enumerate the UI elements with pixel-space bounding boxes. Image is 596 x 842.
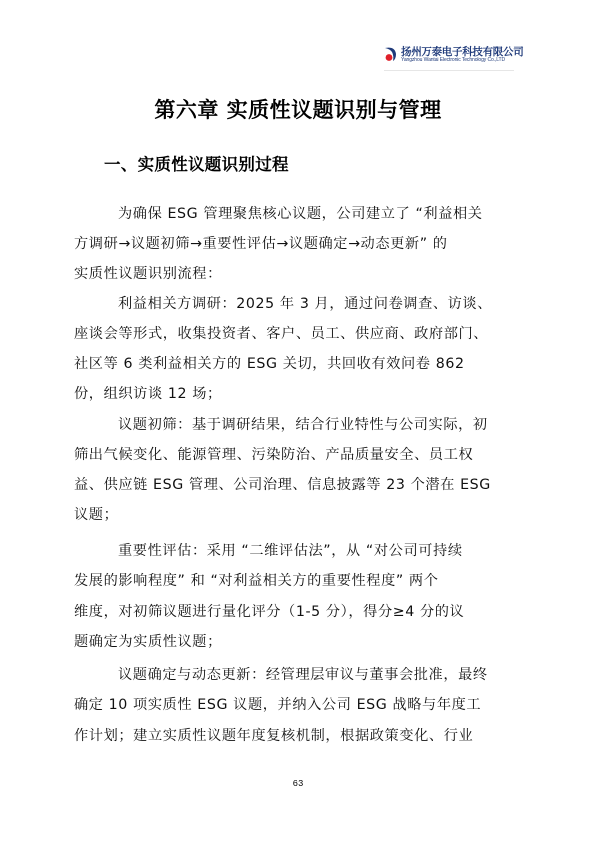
paragraph-line: 座谈会等形式，收集投资者、客户、员工、供应商、政府部门、	[74, 323, 488, 343]
paragraph-line: 确定 10 项实质性 ESG 议题，并纳入公司 ESG 战略与年度工	[74, 694, 481, 714]
paragraph-line: 议题初筛：基于调研结果，结合行业特性与公司实际，初	[118, 414, 488, 434]
page-header: 扬州万泰电子科技有限公司 Yangzhou Wantai Electronic …	[384, 44, 584, 68]
paragraph-line: 份，组织访谈 12 场；	[74, 383, 222, 403]
paragraph-line: 为确保 ESG 管理聚焦核心议题，公司建立了 “利益相关	[118, 203, 483, 223]
paragraph-line: 社区等 6 类利益相关方的 ESG 关切，共回收有效问卷 862	[74, 353, 465, 373]
paragraph-line: 议题；	[74, 504, 118, 524]
paragraph-line: 利益相关方调研：2025 年 3 月，通过问卷调查、访谈、	[118, 293, 492, 313]
company-name-en: Yangzhou Wantai Electronic Technology Co…	[401, 57, 505, 63]
chapter-title: 第六章 实质性议题识别与管理	[0, 94, 596, 124]
paragraph-line: 实质性议题识别流程：	[74, 263, 222, 283]
company-logo-icon	[384, 45, 398, 63]
paragraph-line: 作计划；建立实质性议题年度复核机制，根据政策变化、行业	[74, 725, 473, 745]
section-title: 一、实质性议题识别过程	[104, 151, 289, 175]
paragraph-line: 发展的影响程度” 和 “对利益相关方的重要性程度” 两个	[74, 570, 439, 590]
paragraph-line: 方调研→议题初筛→重要性评估→议题确定→动态更新” 的	[74, 233, 448, 253]
paragraph-line: 议题确定与动态更新：经管理层审议与董事会批准，最终	[118, 664, 488, 684]
paragraph-line: 维度，对初筛议题进行量化评分（1-5 分），得分≥4 分的议	[74, 601, 464, 621]
paragraph-line: 益、供应链 ESG 管理、公司治理、信息披露等 23 个潜在 ESG	[74, 474, 491, 494]
paragraph-line: 题确定为实质性议题；	[74, 631, 222, 651]
paragraph-line: 筛出气候变化、能源管理、污染防治、产品质量安全、员工权	[74, 444, 473, 464]
page-number: 63	[0, 779, 596, 789]
header-divider	[384, 70, 514, 71]
paragraph-line: 重要性评估：采用 “二维评估法”，从 “对公司可持续	[118, 540, 463, 560]
